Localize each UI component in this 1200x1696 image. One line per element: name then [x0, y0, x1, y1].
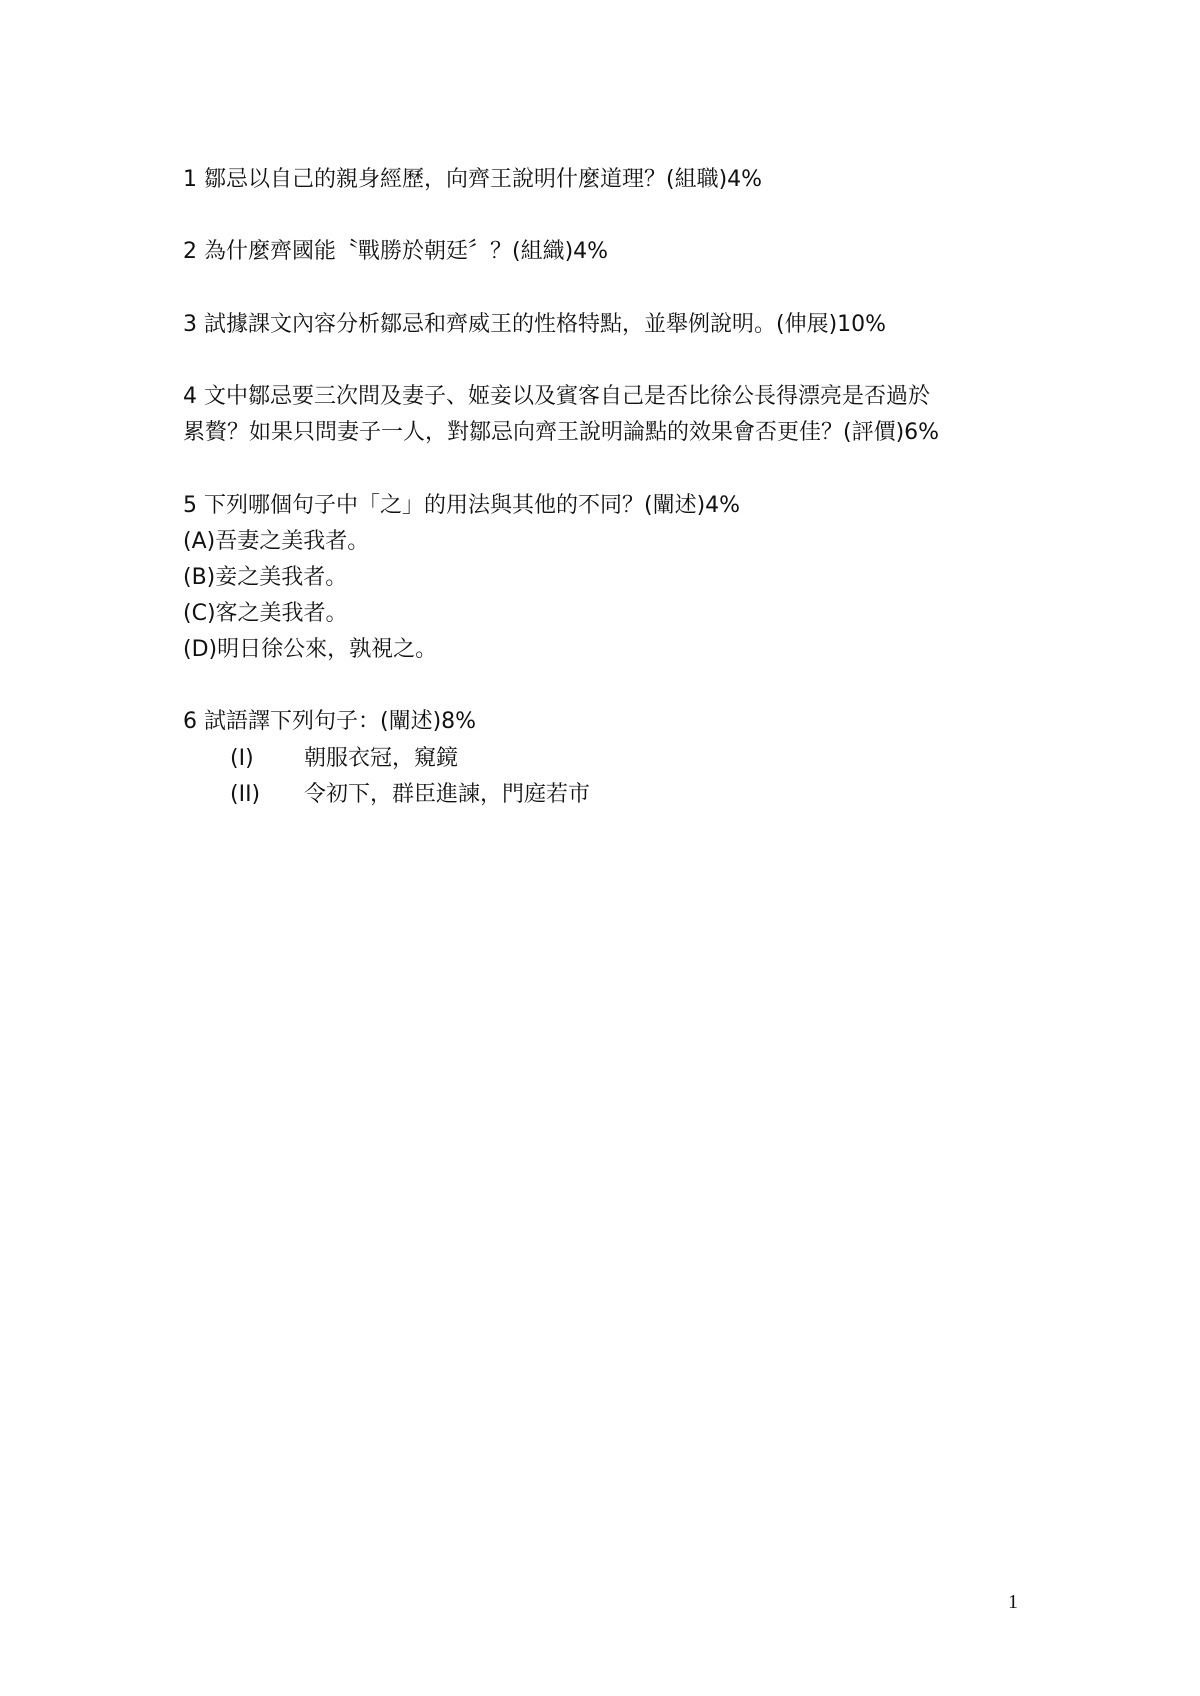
question-4-line-2: 累贅？如果只問妻子一人，對鄒忌向齊王說明論點的效果會否更佳？(評價)6%	[183, 415, 939, 451]
question-5-option-c: (C)客之美我者。	[183, 596, 348, 632]
item-label: (II)	[230, 777, 304, 813]
question-6: 6 試語譯下列句子：(闡述)8%	[183, 704, 476, 740]
question-1: 1 鄒忌以自己的親身經歷，向齊王說明什麼道理？(組職)4%	[183, 162, 762, 198]
question-2: 2 為什麼齊國能〝戰勝於朝廷〞？(組織)4%	[183, 234, 608, 270]
question-3: 3 試據課文內容分析鄒忌和齊威王的性格特點，並舉例說明。(伸展)10%	[183, 307, 886, 343]
item-label: (I)	[230, 741, 304, 777]
question-5: 5 下列哪個句子中「之」的用法與其他的不同？(闡述)4%	[183, 488, 740, 524]
question-5-option-a: (A)吾妻之美我者。	[183, 524, 369, 560]
question-6-item-1: (I)朝服衣冠，窺鏡	[230, 741, 458, 777]
document-page: 1 鄒忌以自己的親身經歷，向齊王說明什麼道理？(組職)4% 2 為什麼齊國能〝戰…	[0, 0, 1200, 1696]
question-4-line-1: 4 文中鄒忌要三次問及妻子、姬妾以及賓客自己是否比徐公長得漂亮是否過於	[183, 379, 930, 415]
question-6-item-2: (II)令初下，群臣進諫，門庭若市	[230, 777, 590, 813]
page-number: 1	[1008, 1590, 1018, 1614]
item-text: 令初下，群臣進諫，門庭若市	[304, 782, 590, 807]
item-text: 朝服衣冠，窺鏡	[304, 746, 458, 771]
question-5-option-b: (B)妾之美我者。	[183, 560, 347, 596]
question-5-option-d: (D)明日徐公來，孰視之。	[183, 632, 437, 668]
